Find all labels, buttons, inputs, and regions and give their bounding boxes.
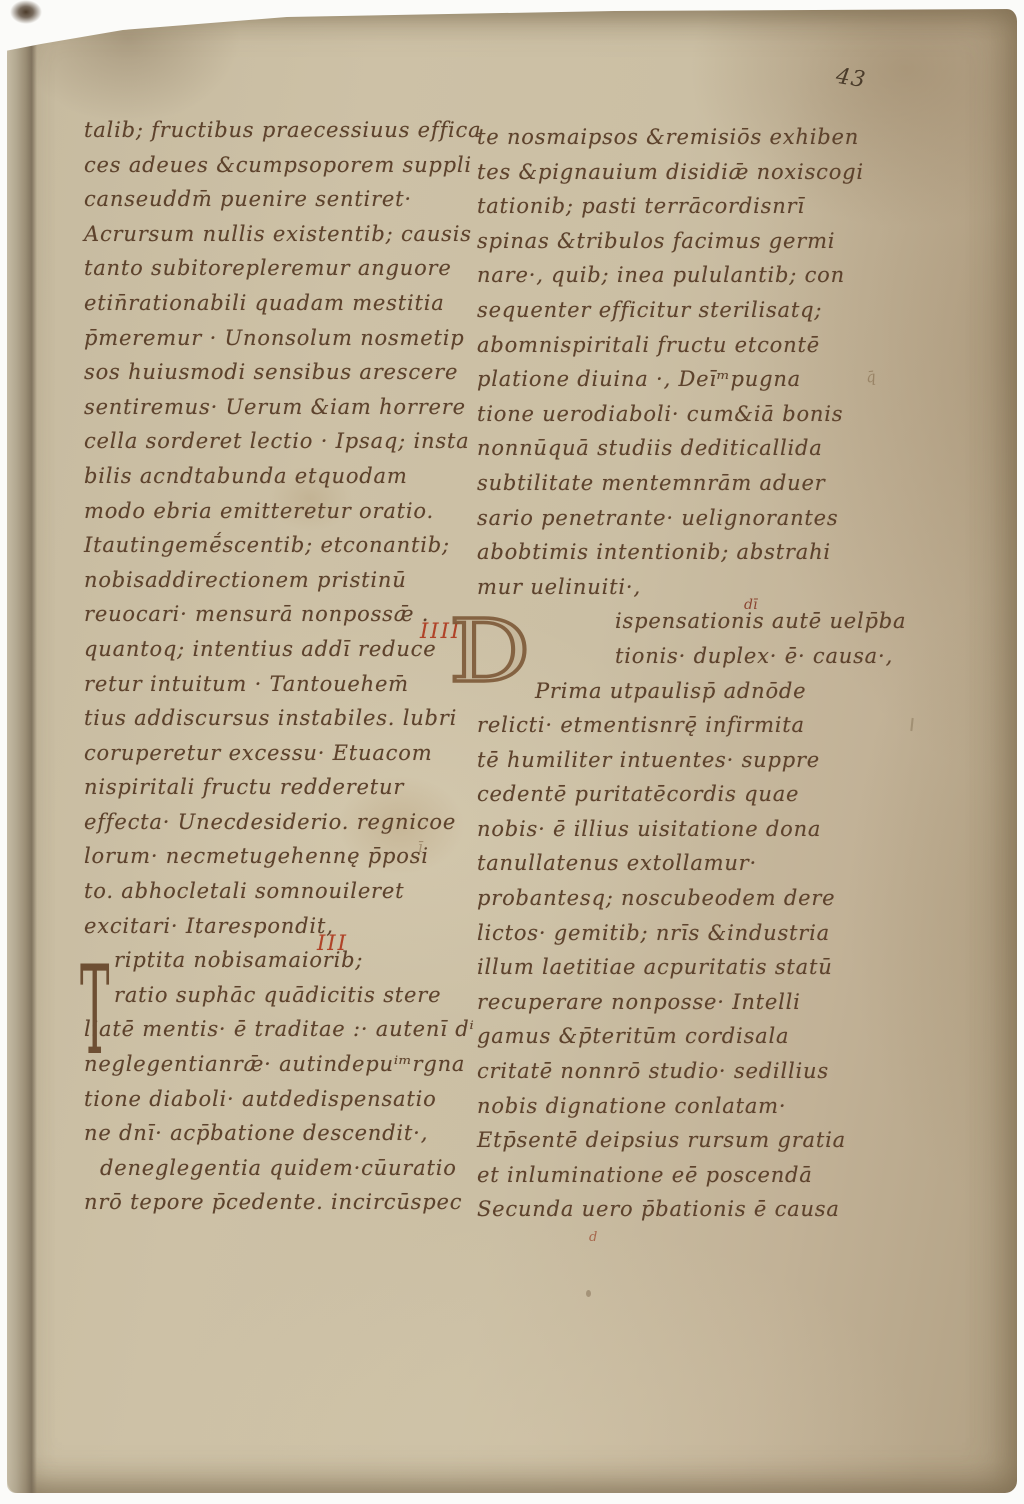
manuscript-line: Etp̄sentē deipsius rursum gratia: [477, 1123, 879, 1158]
manuscript-line: abomnispiritali fructu etcontē: [477, 328, 879, 363]
manuscript-line: reuocari· mensurā nonpossǣ .: [84, 597, 440, 632]
manuscript-line: ces adeues &cumpsoporem suppli: [84, 148, 440, 183]
manuscript-line: tanto subitorepleremur anguore: [84, 251, 440, 286]
manuscript-line: recuperare nonposse· Intelli: [477, 985, 879, 1020]
manuscript-line: ne dnī· acp̄batione descendit·‚: [84, 1116, 440, 1151]
manuscript-line: Acrursum nullis existentib; causis: [84, 217, 440, 252]
manuscript-line: tanullatenus extollamur·: [477, 846, 879, 881]
manuscript-line: subtilitate mentemnrām aduer: [477, 466, 879, 501]
manuscript-line: deneglegentia quidem·cūuratio: [84, 1151, 440, 1186]
manuscript-line: tione uerodiaboli· cum&iā bonis: [477, 397, 879, 432]
manuscript-line: mur uelinuiti·‚: [477, 570, 879, 605]
text-column-right: te nosmaipsos &remisiōs exhibentes &pign…: [477, 120, 879, 1227]
manuscript-line: liatē mentis· ē traditae :· autenī dⁱ: [84, 1012, 440, 1047]
manuscript-line: Prima utpaulisp̄ adnōde: [477, 674, 879, 709]
manuscript-line: nobis dignatione conlatam·: [477, 1089, 879, 1124]
manuscript-line: relicti· etmentisnrę̄ infirmita: [477, 708, 879, 743]
manuscript-line: cedentē puritatēcordis quae: [477, 777, 879, 812]
manuscript-line: bilis acndtabunda etquodam: [84, 459, 440, 494]
manuscript-line: retur intuitum · Tantouehem̄: [84, 667, 440, 702]
manuscript-line: lorum· necmetugehennę p̄posi: [84, 839, 440, 874]
manuscript-line: p̄meremur · Unonsolum nosmetip: [84, 321, 440, 356]
manuscript-line: sario penetrante· uelignorantes: [477, 501, 879, 536]
manuscript-line: tationib; pasti terrācordisnrī: [477, 189, 879, 224]
text-column-left: talib; fructibus praecessiuus efficaces …: [84, 113, 440, 1220]
manuscript-line: nrō tepore p̄cedente. incircūspec: [84, 1185, 440, 1220]
manuscript-line: canseuddm̄ puenire sentiret·: [84, 182, 440, 217]
manuscript-line: sos huiusmodi sensibus arescere: [84, 355, 440, 390]
binding-gutter-shadow: [7, 9, 37, 1493]
manuscript-line: excitari· Itarespondit‚: [84, 909, 440, 944]
manuscript-line: Secunda uero p̄bationis ē causa: [477, 1192, 879, 1227]
manuscript-line: illum laetitiae acpuritatis statū: [477, 950, 879, 985]
manuscript-line: nonnūquā studiis dediticallida: [477, 431, 879, 466]
manuscript-line: tes &pignauium disidiǣ noxiscogi: [477, 155, 879, 190]
manuscript-line: te nosmaipsos &remisiōs exhiben: [477, 120, 879, 155]
manuscript-line: nare·‚ quib; inea pululantib; con: [477, 258, 879, 293]
manuscript-line: tionis· duplex· ē· causa·‚: [477, 639, 879, 674]
manuscript-line: quantoq; intentius addī reduce: [84, 632, 440, 667]
below-text-mark: d: [589, 1230, 597, 1245]
manuscript-line: lictos· gemitib; nrīs &industria: [477, 916, 879, 951]
manuscript-line: critatē nonnrō studio· sedillius: [477, 1054, 879, 1089]
manuscript-line: nobisaddirectionem pristinū: [84, 563, 440, 598]
manuscript-line: platione diuina ·‚ Deīᵐpugna: [477, 362, 879, 397]
manuscript-line: neglegentianrǣ· autindepuⁱᵐrgna: [84, 1047, 440, 1082]
manuscript-line: modo ebria emitteretur oratio.: [84, 494, 440, 529]
manuscript-line: Itautingemḗscentib; etconantib;: [84, 528, 440, 563]
manuscript-line: gamus &p̄teritūm cordisala: [477, 1019, 879, 1054]
manuscript-line: et inluminatione eē poscendā: [477, 1158, 879, 1193]
manuscript-line: abobtimis intentionib; abstrahi: [477, 535, 879, 570]
parchment-speck: [586, 1290, 591, 1297]
manuscript-line: riptita nobisamaiorib;: [84, 943, 440, 978]
manuscript-line: talib; fructibus praecessiuus effica: [84, 113, 440, 148]
chapter-numeral-iii: III: [317, 931, 348, 955]
manuscript-line: probantesq; noscubeodem dere: [477, 881, 879, 916]
manuscript-line: sequenter efficitur sterilisatq;: [477, 293, 879, 328]
manuscript-photograph: { "folio_number": "43", "rubrics": { "ch…: [0, 0, 1024, 1504]
initial-letter-d: D: [449, 612, 530, 694]
manuscript-line: ispensationis autē uelp̄ba: [477, 604, 879, 639]
manuscript-line: etin̄rationabili quadam mestitia: [84, 286, 440, 321]
manuscript-line: cella sorderet lectio · Ipsaq; insta: [84, 424, 440, 459]
manuscript-line: tione diaboli· autdedispensatio: [84, 1082, 440, 1117]
manuscript-line: to. abhocletali somnouileret: [84, 874, 440, 909]
manuscript-line: spinas &tribulos facimus germi: [477, 224, 879, 259]
folio-number: 43: [834, 64, 868, 93]
manuscript-line: nobis· ē illius uisitatione dona: [477, 812, 879, 847]
manuscript-line: nispiritali fructu redderetur: [84, 770, 440, 805]
manuscript-line: effecta· Unecdesiderio. regnicoe: [84, 805, 440, 840]
initial-letter-t: T: [80, 951, 109, 1073]
manuscript-line: coruperetur excessu· Etuacom: [84, 736, 440, 771]
manuscript-line: ratio suphāc quādicitis stere: [84, 978, 440, 1013]
manuscript-line: tē humiliter intuentes· suppre: [477, 743, 879, 778]
interlinear-gloss-di: dī: [744, 597, 757, 613]
binding-corner-shadow: [10, 0, 42, 24]
manuscript-line: tius addiscursus instabiles. lubri: [84, 701, 440, 736]
manuscript-line: sentiremus· Uerum &iam horrere: [84, 390, 440, 425]
